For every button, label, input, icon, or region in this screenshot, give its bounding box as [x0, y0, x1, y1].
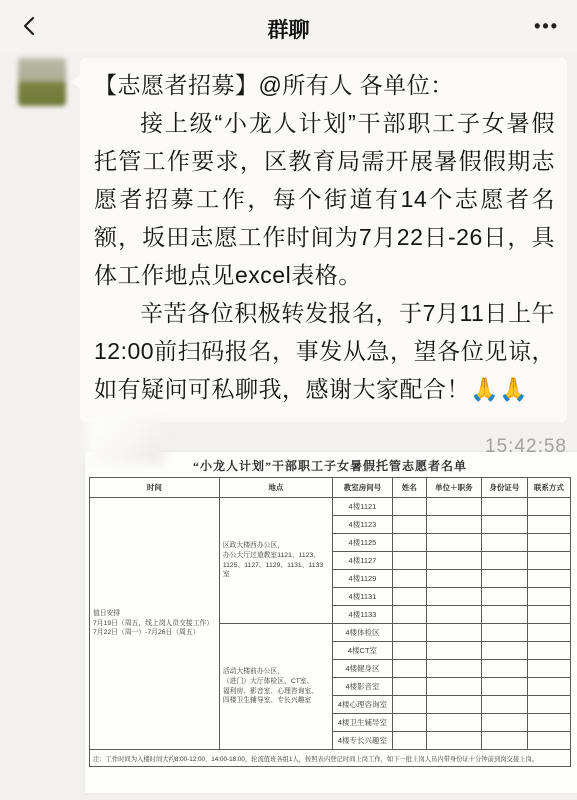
- empty-cell: [527, 696, 570, 714]
- empty-cell: [393, 570, 427, 588]
- empty-cell: [527, 516, 570, 534]
- empty-cell: [481, 642, 527, 660]
- excel-table-image[interactable]: “小龙人计划”干部职工子女暑假托管志愿者名单 时间地点教室房间号姓名单位＋职务身…: [85, 452, 577, 793]
- chat-area: 【志愿者招募】@所有人 各单位： 接上级“小龙人计划”干部职工子女暑假托管工作要…: [0, 52, 577, 462]
- time-cell: 值日安排 7月19日（周五，线上岗人员交接工作） 7月22日（周一）-7月26日…: [90, 498, 220, 750]
- empty-cell: [527, 732, 570, 750]
- room-cell: 4楼体检区: [332, 624, 392, 642]
- room-cell: 4楼1121: [332, 498, 392, 516]
- empty-cell: [426, 732, 481, 750]
- footnote-cell: 注：工作时间为入楼时间大约8:00-12:00、14:00-18:00，轮流值班…: [90, 750, 571, 767]
- table-header-cell: 联系方式: [527, 478, 570, 498]
- empty-cell: [393, 498, 427, 516]
- room-cell: 4楼影音室: [332, 678, 392, 696]
- empty-cell: [481, 732, 527, 750]
- empty-cell: [393, 606, 427, 624]
- empty-cell: [527, 714, 570, 732]
- empty-cell: [426, 498, 481, 516]
- page-title: 群聊: [0, 14, 577, 44]
- empty-cell: [393, 534, 427, 552]
- censored-watermark: [86, 418, 164, 464]
- empty-cell: [426, 588, 481, 606]
- empty-cell: [426, 696, 481, 714]
- empty-cell: [481, 678, 527, 696]
- table-header-cell: 时间: [90, 478, 220, 498]
- table-header-cell: 姓名: [393, 478, 427, 498]
- table-header-cell: 教室房间号: [332, 478, 392, 498]
- empty-cell: [481, 552, 527, 570]
- empty-cell: [481, 516, 527, 534]
- empty-cell: [527, 552, 570, 570]
- empty-cell: [393, 642, 427, 660]
- empty-cell: [527, 660, 570, 678]
- room-cell: 4楼心理咨询室: [332, 696, 392, 714]
- empty-cell: [481, 570, 527, 588]
- excel-sheet: “小龙人计划”干部职工子女暑假托管志愿者名单 时间地点教室房间号姓名单位＋职务身…: [89, 455, 571, 767]
- empty-cell: [426, 534, 481, 552]
- room-cell: 4楼卫生辅导室: [332, 714, 392, 732]
- message-bubble[interactable]: 【志愿者招募】@所有人 各单位： 接上级“小龙人计划”干部职工子女暑假托管工作要…: [80, 58, 567, 422]
- back-icon[interactable]: [18, 13, 44, 39]
- empty-cell: [527, 624, 570, 642]
- room-cell: 4楼1123: [332, 516, 392, 534]
- empty-cell: [527, 588, 570, 606]
- empty-cell: [393, 678, 427, 696]
- empty-cell: [481, 696, 527, 714]
- empty-cell: [393, 624, 427, 642]
- message-paragraph: 辛苦各位积极转发报名，于7月11日上午12:00前扫码报名，事发从急，望各位见谅…: [94, 294, 555, 408]
- room-cell: 4楼1131: [332, 588, 392, 606]
- message-paragraph: 接上级“小龙人计划”干部职工子女暑假托管工作要求，区教育局需开展暑假假期志愿者招…: [94, 104, 555, 294]
- empty-cell: [393, 588, 427, 606]
- empty-cell: [527, 498, 570, 516]
- table-header-cell: 单位＋职务: [426, 478, 481, 498]
- empty-cell: [426, 570, 481, 588]
- room-cell: 4楼1127: [332, 552, 392, 570]
- empty-cell: [481, 660, 527, 678]
- room-cell: 4楼CT室: [332, 642, 392, 660]
- table-row: 值日安排 7月19日（周五，线上岗人员交接工作） 7月22日（周一）-7月26日…: [90, 498, 571, 516]
- location-cell: 区政大楼西办公区， 办公大厅过道教室1121、1123、 1125、1127、1…: [219, 498, 332, 624]
- table-header-cell: 地点: [219, 478, 332, 498]
- room-cell: 4楼1125: [332, 534, 392, 552]
- navbar: 群聊 •••: [0, 0, 577, 52]
- empty-cell: [426, 552, 481, 570]
- empty-cell: [481, 624, 527, 642]
- room-cell: 4楼1129: [332, 570, 392, 588]
- empty-cell: [527, 534, 570, 552]
- empty-cell: [527, 642, 570, 660]
- location-cell: 活动大楼前办公区， （进门）大厅体检区、CT室、 福利房、影音室、心理咨询室、 …: [219, 624, 332, 750]
- empty-cell: [426, 606, 481, 624]
- room-cell: 4楼健身区: [332, 660, 392, 678]
- empty-cell: [426, 624, 481, 642]
- empty-cell: [481, 714, 527, 732]
- empty-cell: [481, 498, 527, 516]
- empty-cell: [426, 516, 481, 534]
- empty-cell: [527, 678, 570, 696]
- empty-cell: [481, 606, 527, 624]
- empty-cell: [426, 642, 481, 660]
- empty-cell: [393, 714, 427, 732]
- empty-cell: [393, 732, 427, 750]
- table-header-cell: 身份证号: [481, 478, 527, 498]
- empty-cell: [426, 678, 481, 696]
- empty-cell: [426, 714, 481, 732]
- empty-cell: [527, 606, 570, 624]
- chat-message-row: 【志愿者招募】@所有人 各单位： 接上级“小龙人计划”干部职工子女暑假托管工作要…: [0, 52, 577, 422]
- empty-cell: [393, 516, 427, 534]
- roster-table: 时间地点教室房间号姓名单位＋职务身份证号联系方式 值日安排 7月19日（周五，线…: [89, 477, 571, 767]
- room-cell: 4楼1133: [332, 606, 392, 624]
- empty-cell: [393, 696, 427, 714]
- table-footnote-row: 注：工作时间为入楼时间大约8:00-12:00、14:00-18:00，轮流值班…: [90, 750, 571, 767]
- message-paragraph: 【志愿者招募】@所有人 各单位：: [94, 66, 555, 104]
- empty-cell: [481, 534, 527, 552]
- empty-cell: [527, 570, 570, 588]
- room-cell: 4楼专长兴趣室: [332, 732, 392, 750]
- more-menu-icon[interactable]: •••: [534, 13, 559, 39]
- sender-avatar[interactable]: [18, 58, 66, 106]
- empty-cell: [481, 588, 527, 606]
- empty-cell: [393, 552, 427, 570]
- empty-cell: [393, 660, 427, 678]
- empty-cell: [426, 660, 481, 678]
